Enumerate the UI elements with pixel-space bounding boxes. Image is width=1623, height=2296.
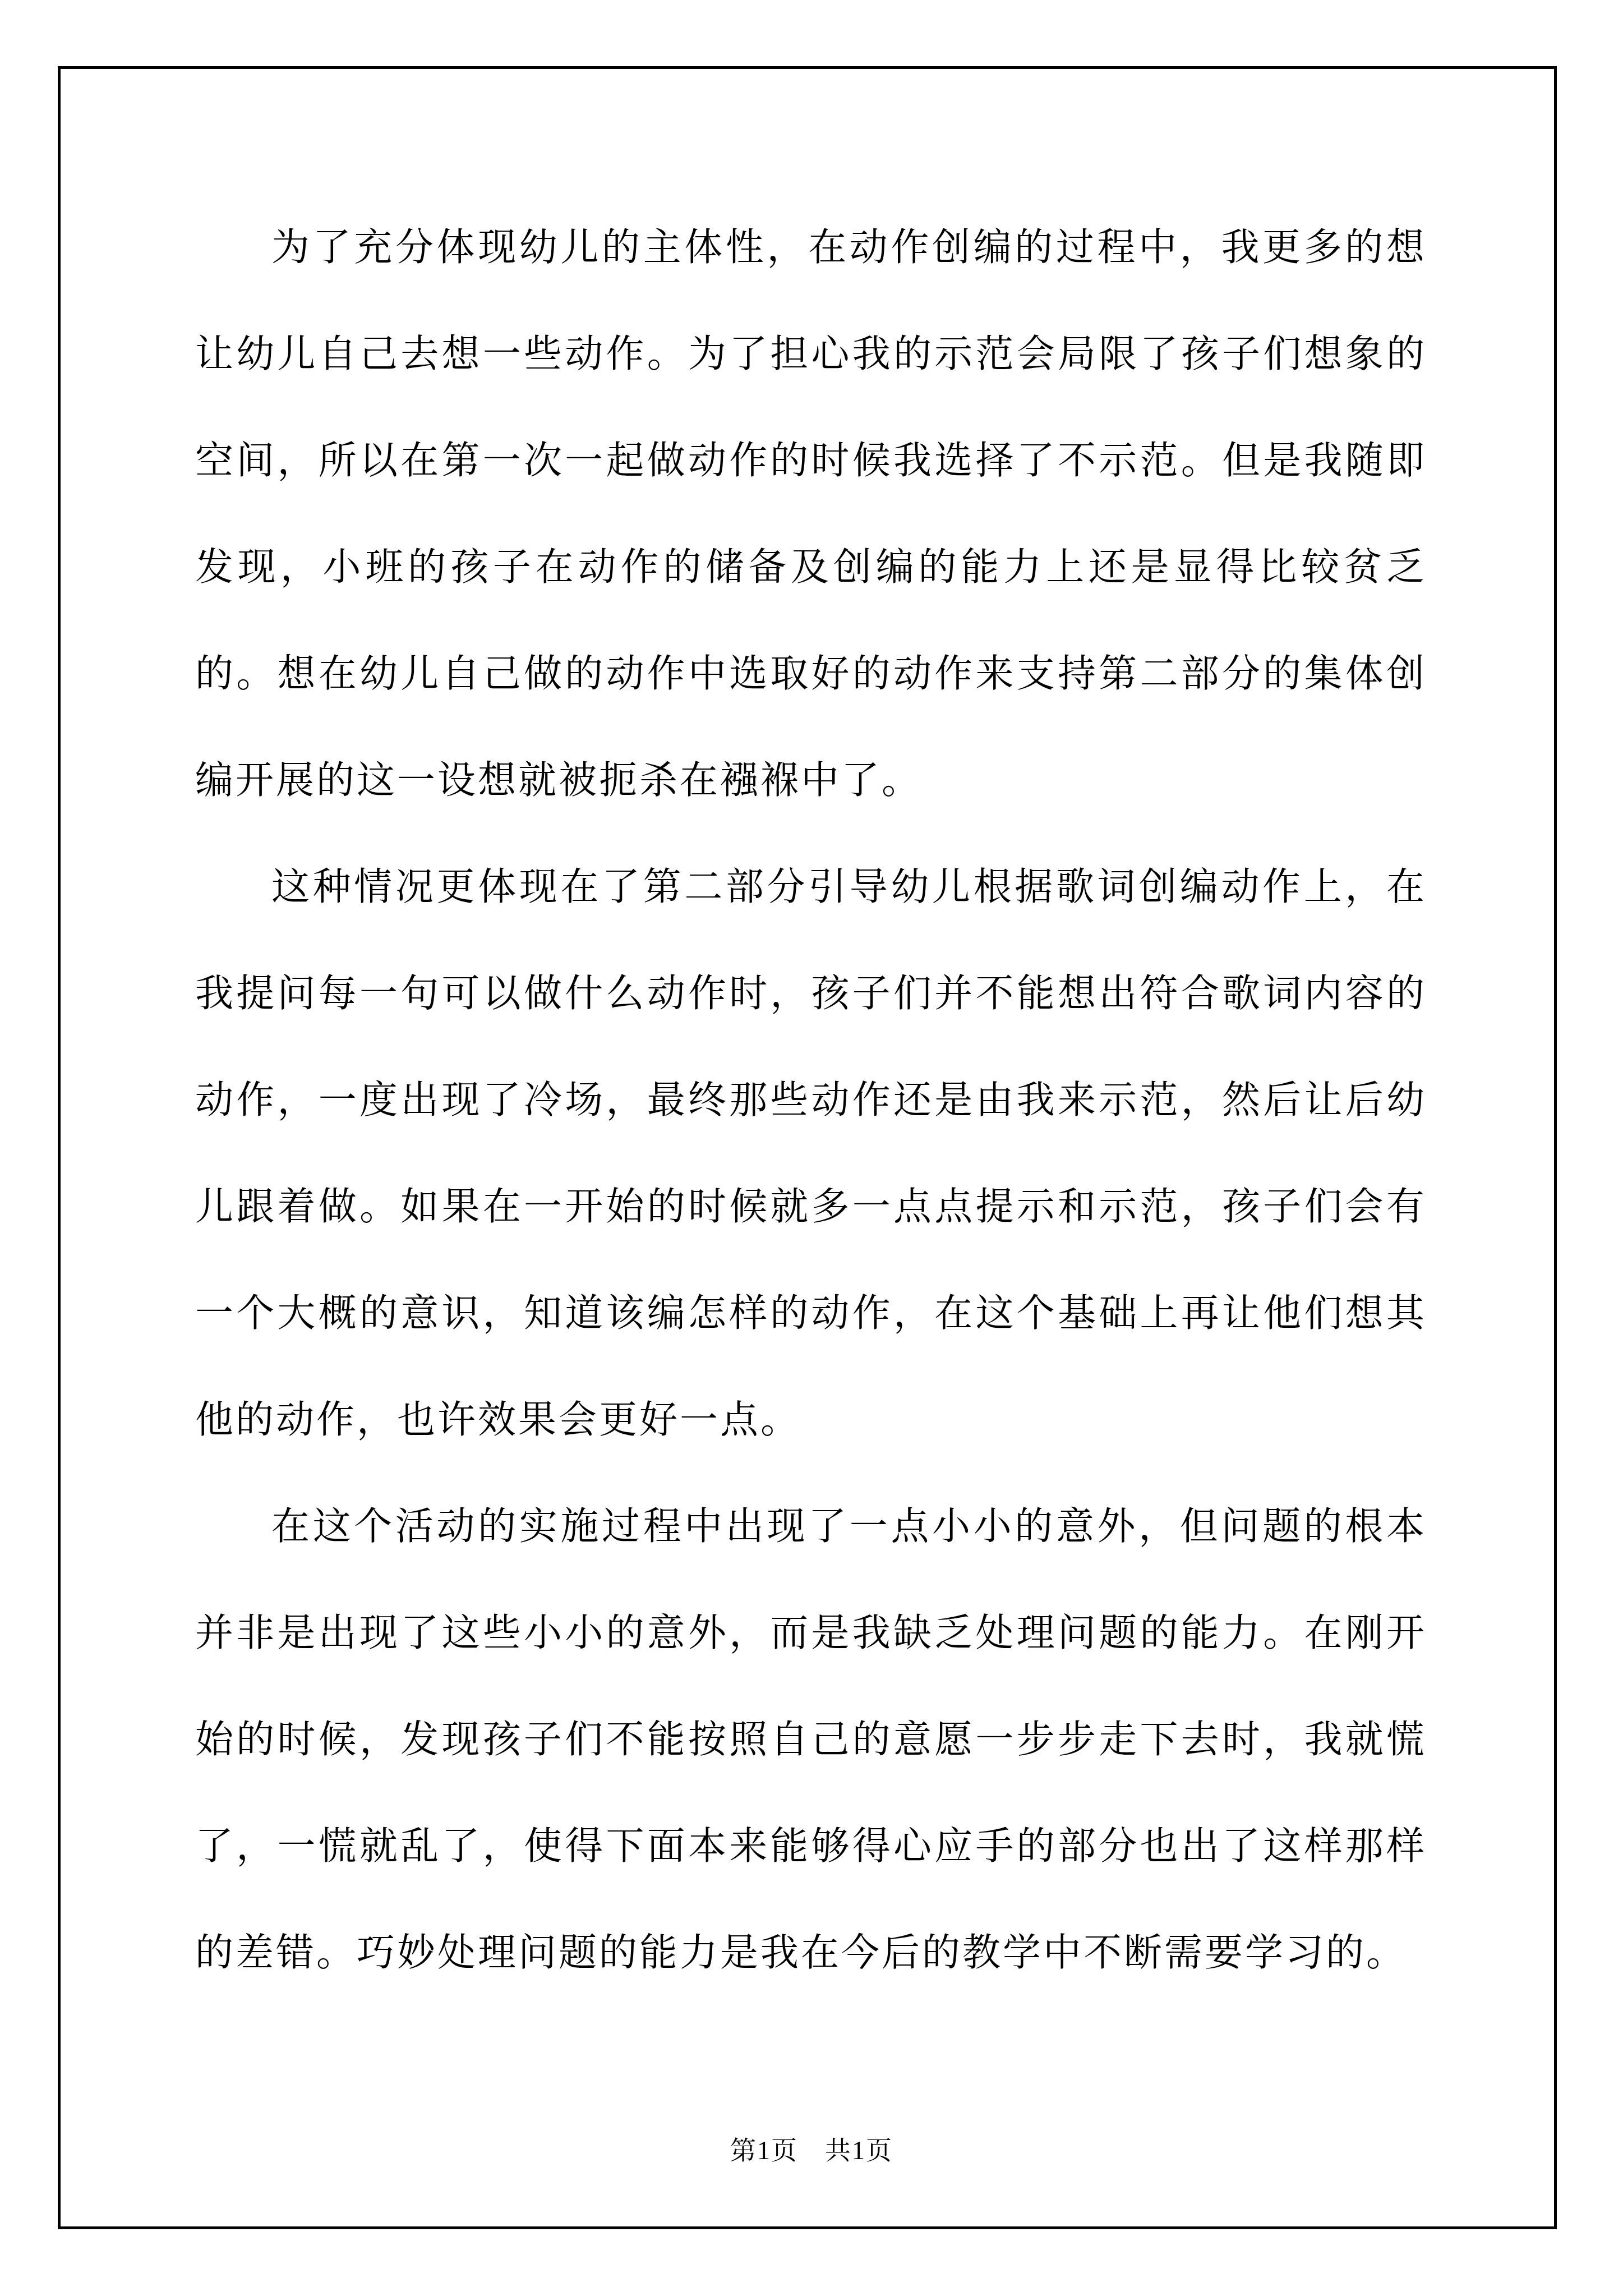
paragraph-1: 为了充分体现幼儿的主体性，在动作创编的过程中，我更多的想让幼儿自己去想一些动作。… xyxy=(195,194,1427,834)
paragraph-3: 在这个活动的实施过程中出现了一点小小的意外，但问题的根本并非是出现了这些小小的意… xyxy=(195,1473,1427,2006)
document-page: 为了充分体现幼儿的主体性，在动作创编的过程中，我更多的想让幼儿自己去想一些动作。… xyxy=(0,0,1623,2296)
page-number-footer: 第1页 共1页 xyxy=(0,2134,1623,2168)
paragraph-2: 这种情况更体现在了第二部分引导幼儿根据歌词创编动作上，在我提问每一句可以做什么动… xyxy=(195,834,1427,1473)
document-body: 为了充分体现幼儿的主体性，在动作创编的过程中，我更多的想让幼儿自己去想一些动作。… xyxy=(195,194,1427,2006)
